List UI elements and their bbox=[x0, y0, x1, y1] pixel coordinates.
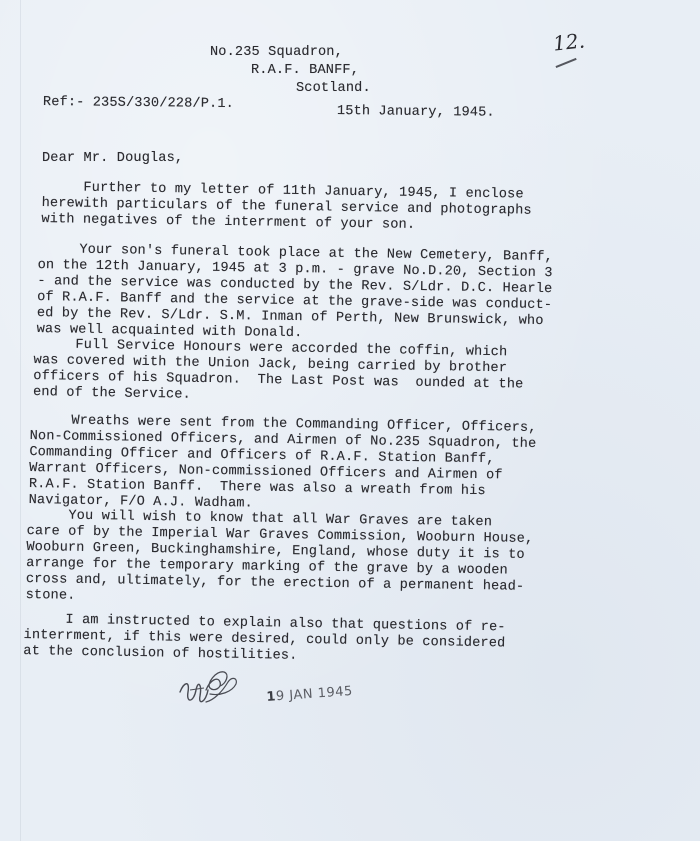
address-line-country: Scotland. bbox=[296, 81, 371, 97]
address-line-station: R.A.F. BANFF, bbox=[251, 63, 359, 79]
paragraph-funeral-details: Your son's funeral took place at the New… bbox=[37, 242, 554, 346]
salutation: Dear Mr. Douglas, bbox=[42, 151, 183, 167]
stamp-date-text: 9 JAN 1945 bbox=[276, 684, 354, 704]
paragraph-wreaths: Wreaths were sent from the Commanding Of… bbox=[29, 413, 537, 516]
handwritten-dash-mark bbox=[556, 58, 577, 68]
paper-fold-line bbox=[20, 0, 21, 841]
address-line-squadron: No.235 Squadron, bbox=[210, 45, 343, 61]
paragraph-reinterment: I am instructed to explain also that que… bbox=[23, 612, 506, 668]
letter-page: 12. No.235 Squadron, R.A.F. BANFF, Scotl… bbox=[0, 0, 700, 841]
letter-date: 15th January, 1945. bbox=[337, 104, 495, 122]
paragraph-service-honours: Full Service Honours were accorded the c… bbox=[33, 337, 524, 409]
paragraph-enclosure: Further to my letter of 11th January, 19… bbox=[41, 180, 532, 235]
paragraph-war-graves: You will wish to know that all War Grave… bbox=[26, 508, 534, 611]
received-date-stamp: 19 JAN 1945 bbox=[266, 684, 353, 705]
handwritten-page-number: 12. bbox=[552, 28, 586, 55]
reference-number: Ref:- 235S/330/228/P.1. bbox=[43, 95, 234, 113]
handwritten-initials-signature bbox=[176, 662, 246, 712]
